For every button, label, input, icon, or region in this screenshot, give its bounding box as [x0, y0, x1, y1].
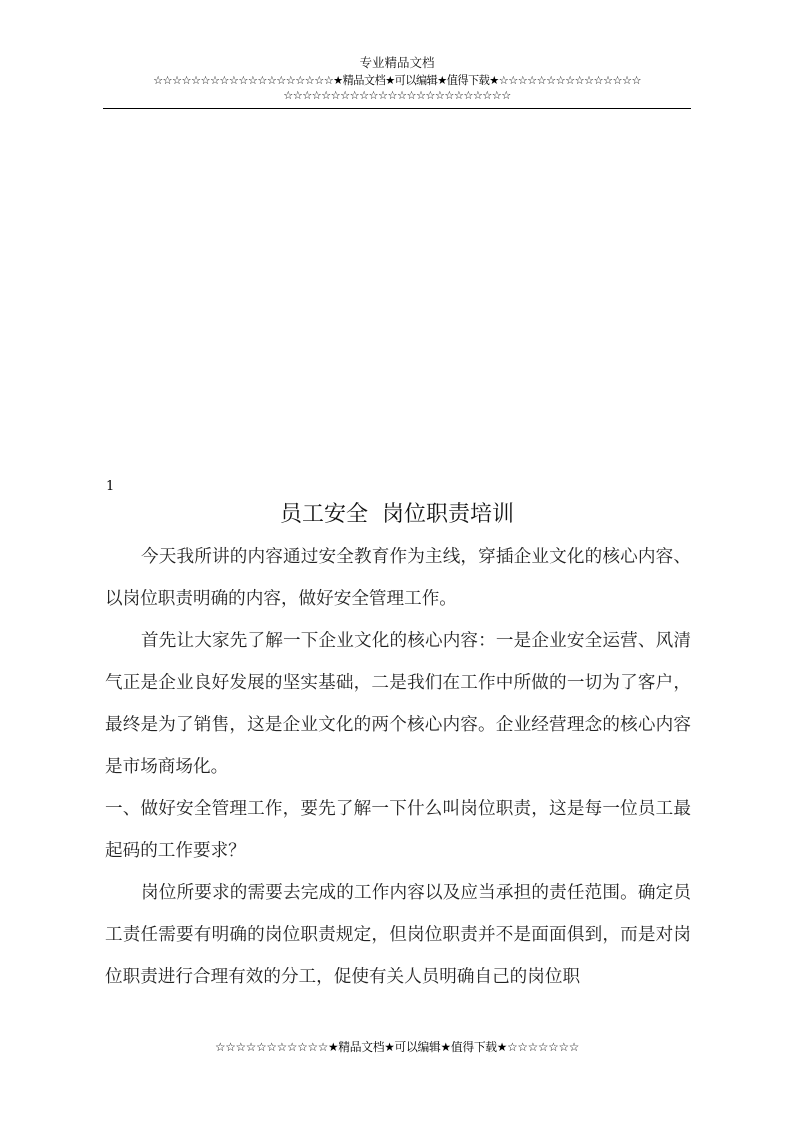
header-divider: [103, 108, 691, 109]
section-heading-1: 一、做好安全管理工作，要先了解一下什么叫岗位职责，这是每一位员工最起码的工作要求…: [105, 788, 691, 872]
page-number: 1: [106, 479, 114, 495]
paragraph-corporate-culture: 首先让大家先了解一下企业文化的核心内容：一是企业安全运营、风清气正是企业良好发展…: [105, 620, 691, 788]
page-header: 专业精品文档 ☆☆☆☆☆☆☆☆☆☆☆☆☆☆☆☆☆☆☆★精品文档★可以编辑★值得下…: [103, 55, 691, 103]
paragraph-intro: 今天我所讲的内容通过安全教育作为主线，穿插企业文化的核心内容、以岗位职责明确的内…: [105, 536, 691, 620]
header-title: 专业精品文档: [103, 55, 691, 73]
page-footer: ☆☆☆☆☆☆☆☆☆☆☆★精品文档★可以编辑★值得下载★☆☆☆☆☆☆☆: [103, 1039, 691, 1055]
header-stars-line-2: ☆☆☆☆☆☆☆☆☆☆☆☆☆☆☆☆☆☆☆☆☆☆☆☆: [103, 88, 691, 103]
header-stars-line-1: ☆☆☆☆☆☆☆☆☆☆☆☆☆☆☆☆☆☆☆★精品文档★可以编辑★值得下载★☆☆☆☆☆…: [103, 73, 691, 88]
document-title: 员工安全 岗位职责培训: [103, 499, 691, 531]
document-body: 今天我所讲的内容通过安全教育作为主线，穿插企业文化的核心内容、以岗位职责明确的内…: [105, 536, 691, 998]
paragraph-job-responsibility: 岗位所要求的需要去完成的工作内容以及应当承担的责任范围。确定员工责任需要有明确的…: [105, 872, 691, 998]
